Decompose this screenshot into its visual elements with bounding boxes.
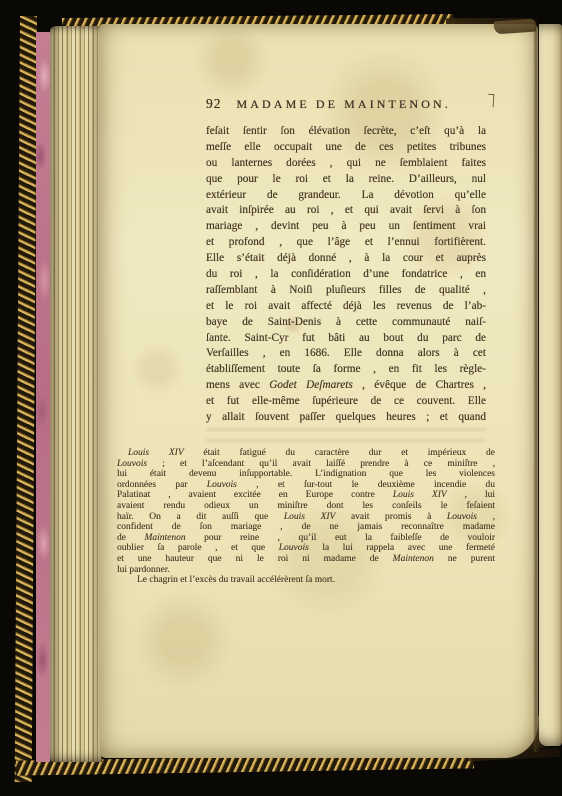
photo-of-open-book: 92 MADAME DE MAINTENON. feſait ſentir ſo… xyxy=(0,0,562,796)
body-line: baye de Saint-Denis à cette communauté n… xyxy=(206,315,486,331)
footnote-line: lui était devenu inſupportable. L’indign… xyxy=(117,469,495,480)
body-line: Verſailles , en 1686. Elle donna alors à… xyxy=(206,346,486,362)
body-line: et fut elle-même ſupérieure de ce couven… xyxy=(206,394,486,410)
footnote-line: ordonnées par Louvois , et ſur-tout le d… xyxy=(117,480,495,491)
body-line: du roi , la conſidération d’une fondatri… xyxy=(206,267,486,283)
marbled-endpaper-edge xyxy=(36,32,50,762)
facing-page-edge xyxy=(539,24,562,746)
margin-pen-mark xyxy=(488,94,495,107)
body-line: y allait ſouvent paſſer quelques heures … xyxy=(206,410,486,426)
body-line: que pour le roi et la reine. D’ailleurs,… xyxy=(206,172,486,188)
body-line: ſante. Saint-Cyr fut bâti au bout du par… xyxy=(206,331,486,347)
footnote-block: Louis XIV était fatigué du caractère dur… xyxy=(117,448,495,586)
body-line: établiſſement toute ſa forme , en fit le… xyxy=(206,362,486,378)
body-line: ou lanternes dorées , qui ne ſemblaient … xyxy=(206,156,486,172)
page-gutter-shadow xyxy=(533,26,539,752)
running-title: MADAME DE MAINTENON. xyxy=(237,97,451,112)
footnote-line: lui pardonner. xyxy=(117,565,495,576)
body-line: meſſe elle occupait une de ces petites t… xyxy=(206,140,486,156)
running-header: 92 MADAME DE MAINTENON. xyxy=(206,96,500,112)
footnote-line: de Maintenon pour reine , qu’il eut la f… xyxy=(117,533,495,544)
body-line: extérieur de grandeur. La dévotion qu’el… xyxy=(206,188,486,204)
body-line: mariage , devint peu à peu un ſentiment … xyxy=(206,219,486,235)
footnote-line: haïr. On a dit auſſi que Louis XIV avait… xyxy=(117,512,495,523)
body-line: et profond , que l’âge et l’ennui fortif… xyxy=(206,235,486,251)
footnote-line: oublier ſa parole , et que Louvois la lu… xyxy=(117,543,495,554)
ink-bleedthrough xyxy=(206,428,486,450)
footnote-line: et une hauteur que ni le roi ni madame d… xyxy=(117,554,495,565)
page-stack-fore-edge xyxy=(50,26,102,762)
body-line: feſait ſentir ſon élévation ſecrète, c’e… xyxy=(206,124,486,140)
body-line: mens avec Godet Deſmarets , évêque de Ch… xyxy=(206,378,486,394)
body-line: Elle s’était déjà donné , à la cour et a… xyxy=(206,251,486,267)
body-line: avait inſpirée au roi , et qui avait ſer… xyxy=(206,203,486,219)
footnote-line: Palatinat , avaient excitée en Europe co… xyxy=(117,490,495,501)
gilt-border-left xyxy=(15,16,37,782)
footnote-line: Le chagrin et l’excès du travail accélér… xyxy=(117,575,495,586)
body-line: et le roi avait affecté déjà les revenus… xyxy=(206,299,486,315)
footnote-line: avaient rendu odieux un miniſtre dont le… xyxy=(117,501,495,512)
footnote-line: confident de ſon mariage , de ne jamais … xyxy=(117,522,495,533)
body-paragraph: feſait ſentir ſon élévation ſecrète, c’e… xyxy=(206,124,486,426)
page-number: 92 xyxy=(206,96,222,112)
footnote-line: Louvois ; et l’aſcendant qu’il avait lai… xyxy=(117,459,495,470)
body-line: raſſemblant à Noiſi pluſieurs filles de … xyxy=(206,283,486,299)
footnote-line: Louis XIV était fatigué du caractère dur… xyxy=(117,448,495,459)
